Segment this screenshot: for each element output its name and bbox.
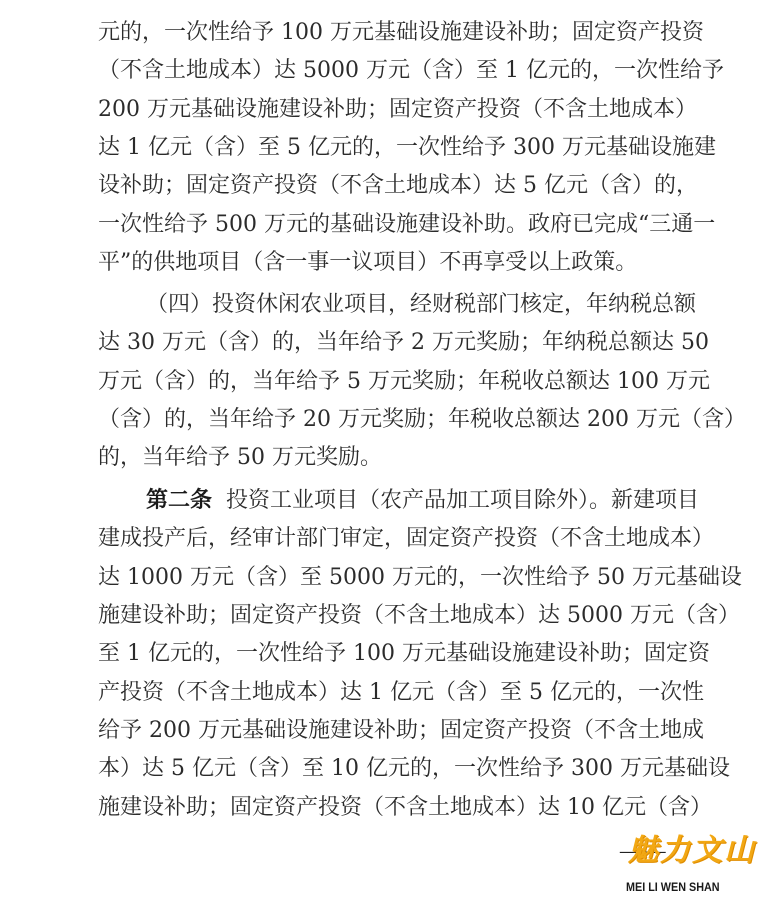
text-line: 元的，一次性给予 100 万元基础设施建设补助；固定资产投资 (98, 18, 672, 48)
text-line: 200 万元基础设施建设补助；固定资产投资（不含土地成本） (98, 95, 672, 125)
watermark-english: MEI LI WEN SHAN (626, 880, 720, 894)
text-line: 达 30 万元（含）的，当年给予 2 万元奖励；年纳税总额达 50 (98, 328, 672, 358)
document-page: 元的，一次性给予 100 万元基础设施建设补助；固定资产投资 （不含土地成本）达… (0, 0, 759, 902)
text-line: 一次性给予 500 万元的基础设施建设补助。政府已完成“三通一 (98, 210, 672, 240)
text-line: 平”的供地项目（含一事一议项目）不再享受以上政策。 (98, 248, 672, 278)
text-line: 本）达 5 亿元（含）至 10 亿元的，一次性给予 300 万元基础设 (98, 754, 672, 784)
text-line: （不含土地成本）达 5000 万元（含）至 1 亿元的，一次性给予 (98, 56, 672, 86)
text-line: 达 1 亿元（含）至 5 亿元的，一次性给予 300 万元基础设施建 (98, 133, 672, 163)
text-line: （含）的，当年给予 20 万元奖励；年税收总额达 200 万元（含） (98, 405, 672, 435)
text-line: 施建设补助；固定资产投资（不含土地成本）达 10 亿元（含） (98, 793, 672, 823)
text-line: 给予 200 万元基础设施建设补助；固定资产投资（不含土地成 (98, 716, 672, 746)
article-two-first-line: 第二条投资工业项目（农产品加工项目除外）。新建项目 (146, 486, 672, 516)
text-line: 至 1 亿元的，一次性给予 100 万元基础设施建设补助；固定资 (98, 639, 672, 669)
article-two-text: 投资工业项目（农产品加工项目除外）。新建项目 (226, 488, 699, 513)
text-line: 设补助；固定资产投资（不含土地成本）达 5 亿元（含）的， (98, 171, 672, 201)
article-heading: 第二条 (146, 488, 212, 513)
text-line: 施建设补助；固定资产投资（不含土地成本）达 5000 万元（含） (98, 601, 672, 631)
text-line: 的，当年给予 50 万元奖励。 (98, 443, 672, 473)
text-line: 建成投产后，经审计部门审定，固定资产投资（不含土地成本） (98, 524, 672, 554)
text-line: 产投资（不含土地成本）达 1 亿元（含）至 5 亿元的，一次性 (98, 678, 672, 708)
text-line: 达 1000 万元（含）至 5000 万元的，一次性给予 50 万元基础设 (98, 563, 672, 593)
text-line: 万元（含）的，当年给予 5 万元奖励；年税收总额达 100 万元 (98, 367, 672, 397)
watermark-logo: 魅力文山 MEI LI WEN SHAN (624, 832, 759, 902)
watermark-chinese: 魅力文山 (628, 834, 756, 868)
section-four-first-line: （四）投资休闲农业项目，经财税部门核定，年纳税总额 (146, 290, 672, 320)
